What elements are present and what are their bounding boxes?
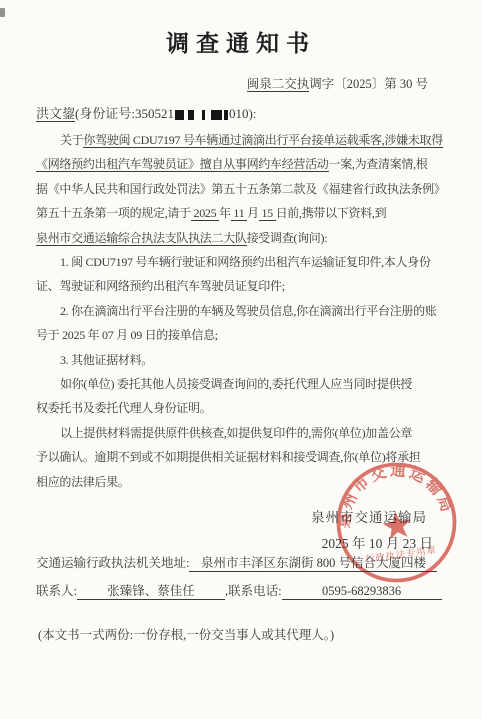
body-segment: 2. 你在滴滴出行平台注册的车辆及驾驶员信息,你在滴滴出行平台注册的账 <box>60 304 437 318</box>
address-value: 泉州市丰泽区东湖街 800 号信合大厦四楼 <box>189 555 437 572</box>
recipient-name: 洪文鋆 <box>36 106 75 122</box>
body-line: 据《中华人民共和国行政处罚法》第五十五条第二款及《福建省行政执法条例》 <box>36 177 448 201</box>
body-segment-underlined: 11 <box>231 206 247 221</box>
body-line: 泉州市交通运输综合执法支队执法二大队接受调查(询问): <box>36 226 448 250</box>
body-segment: 月 <box>247 206 259 220</box>
phone-label: ,联系电话: <box>225 584 282 598</box>
body-line: 号于 2025 年 07 月 09 日的接单信息; <box>36 323 448 347</box>
redaction-block <box>211 110 222 120</box>
copies-note: (本文书一式两份:一份存根,一份交当事人或其代理人。) <box>38 625 334 643</box>
body-line: 予以确认。逾期不到或不如期提供相关证据材料和接受调查,你(单位)将承担 <box>36 445 448 469</box>
id-label: (身份证号: <box>75 106 135 121</box>
body-segment: 证、驾驶证和网络预约出租汽车驾驶员证复印件; <box>36 279 285 293</box>
notice-document: 调查通知书 闽泉二交执调字〔2025〕第 30 号 洪文鋆(身份证号:35052… <box>0 0 482 719</box>
redaction-block <box>202 110 205 120</box>
recipient-line: 洪文鋆(身份证号:350521010): <box>36 103 452 122</box>
body-segment: 予以确认。逾期不到或不如期提供相关证据材料和接受调查,你(单位)将承担 <box>36 450 421 464</box>
document-number-prefix: 闽泉二交执 <box>247 77 310 92</box>
document-number: 闽泉二交执调字〔2025〕第 30 号 <box>0 74 428 92</box>
id-number-end: 010 <box>229 106 249 121</box>
body-segment: 据《中华人民共和国行政处罚法》第五十五条第二款及《福建省行政执法条例》 <box>36 182 446 196</box>
body-line: 权委托书及委托代理人身份证明。 <box>36 396 448 420</box>
body-segment: 年 <box>219 206 231 220</box>
contact-names: 张臻锋、蔡佳任 <box>77 583 225 600</box>
body-segment: 一案,为查清案情,根 <box>329 157 428 171</box>
body-segment-underlined: 15 <box>259 206 276 221</box>
body-line: 2. 你在滴滴出行平台注册的车辆及驾驶员信息,你在滴滴出行平台注册的账 <box>36 299 448 323</box>
scan-artifact <box>0 8 5 17</box>
body-segment-underlined: 泉州市交通运输综合执法支队执法二大队 <box>36 231 247 246</box>
id-number-start: 350521 <box>135 106 174 121</box>
redaction-block <box>224 110 228 120</box>
body-line: 1. 闽 CDU7197 号车辆行驶证和网络预约出租汽车运输证复印件,本人身份 <box>36 250 448 274</box>
body-segment: 1. 闽 CDU7197 号车辆行驶证和网络预约出租汽车运输证复印件,本人身份 <box>60 255 431 269</box>
body-line: 第五十五条第一项的规定,请于 2025 年 11 月 15 日前,携带以下资料,… <box>36 201 448 225</box>
body: 关于你驾驶闽 CDU7197 号车辆通过滴滴出行平台接单运载乘客,涉嫌未取得《网… <box>36 128 448 494</box>
contact-line: 联系人:张臻锋、蔡佳任,联系电话:0595-68293836 <box>36 581 442 600</box>
body-segment: 日前,携带以下资料,到 <box>276 206 387 220</box>
body-segment: 第五十五条第一项的规定,请于 <box>36 206 191 220</box>
address-label: 交通运输行政执法机关地址: <box>36 556 189 570</box>
body-line: 《网络预约出租汽车驾驶员证》擅自从事网约车经营活动一案,为查清案情,根 <box>36 152 448 176</box>
body-segment: 接受调查(询问): <box>247 231 328 245</box>
page-title: 调查通知书 <box>0 0 482 58</box>
document-number-rest: 调字〔2025〕第 30 号 <box>309 77 428 91</box>
body-segment: 号于 2025 年 07 月 09 日的接单信息; <box>36 328 218 342</box>
body-line: 证、驾驶证和网络预约出租汽车驾驶员证复印件; <box>36 274 448 298</box>
redaction-block <box>188 110 194 120</box>
body-line: 3. 其他证据材料。 <box>36 348 448 372</box>
body-segment: 3. 其他证据材料。 <box>60 353 153 367</box>
body-segment-underlined: 2025 <box>191 206 219 221</box>
body-line: 相应的法律后果。 <box>36 470 448 494</box>
contact-label: 联系人: <box>36 584 77 598</box>
body-segment: 关于 <box>60 133 83 147</box>
body-segment: 权委托书及委托代理人身份证明。 <box>36 401 212 415</box>
redaction-block <box>175 110 184 120</box>
issue-date: 2025 年 10 月 23 日 <box>322 532 433 552</box>
body-line: 关于你驾驶闽 CDU7197 号车辆通过滴滴出行平台接单运载乘客,涉嫌未取得 <box>36 128 448 152</box>
body-segment: 如你(单位) 委托其他人员接受调查询问的,委托代理人应当同时提供授 <box>60 377 412 391</box>
body-segment-underlined: 《网络预约出租汽车驾驶员证》擅自从事网约车经营活动 <box>36 157 329 172</box>
body-line: 以上提供材料需提供原件供核查,如提供复印件的,需你(单位)加盖公章 <box>36 421 448 445</box>
body-segment: 以上提供材料需提供原件供核查,如提供复印件的,需你(单位)加盖公章 <box>60 426 412 440</box>
body-segment-underlined: 你驾驶闽 CDU7197 号车辆通过滴滴出行平台接单运载乘客,涉嫌未取得 <box>83 133 443 148</box>
body-line: 如你(单位) 委托其他人员接受调查询问的,委托代理人应当同时提供授 <box>36 372 448 396</box>
contact-phone: 0595-68293836 <box>282 583 442 600</box>
enforcement-address-line: 交通运输行政执法机关地址:泉州市丰泽区东湖街 800 号信合大厦四楼 <box>36 553 437 572</box>
body-segment: 相应的法律后果。 <box>36 475 130 489</box>
issuing-agency: 泉州市交通运输局 <box>311 506 427 526</box>
id-tail: ): <box>248 106 256 121</box>
